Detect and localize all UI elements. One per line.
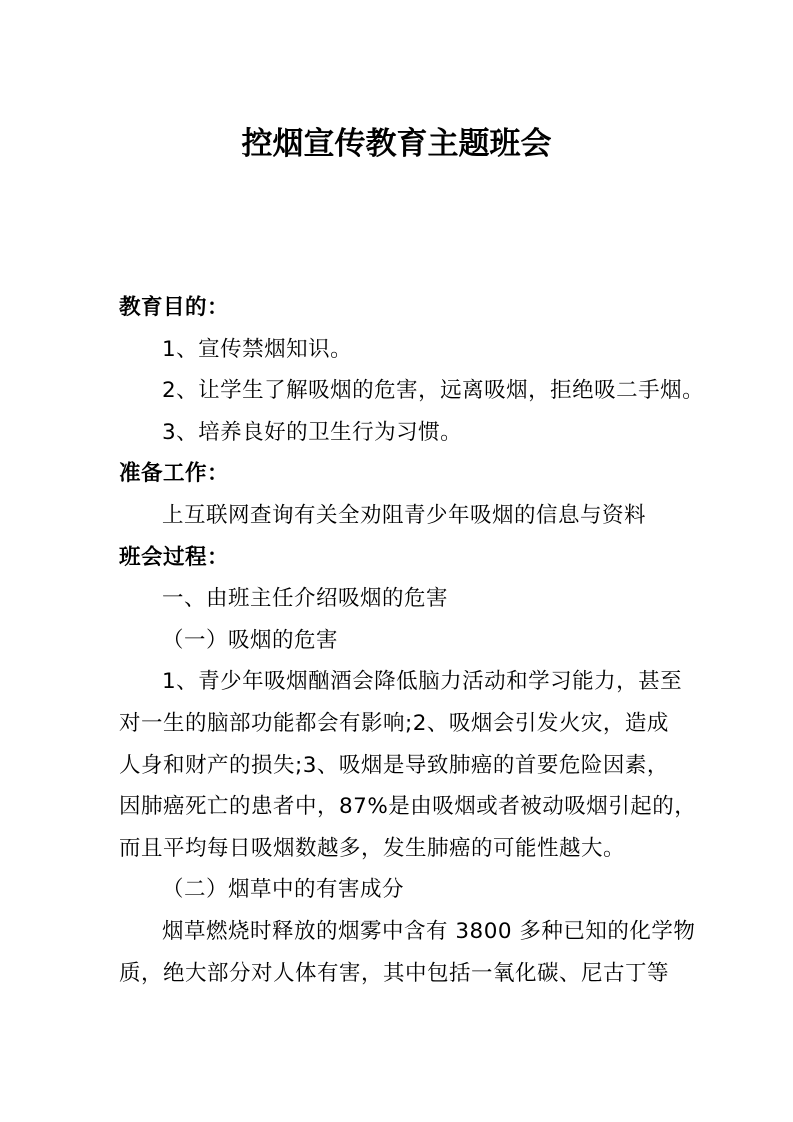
document-title: 控烟宣传教育主题班会 — [0, 124, 793, 164]
text-line: 教育目的： — [119, 287, 697, 329]
text-line: 一、由班主任介绍吸烟的危害 — [119, 578, 697, 620]
text-line: 准备工作： — [119, 453, 697, 495]
document-body: 教育目的：1、宣传禁烟知识。2、让学生了解吸烟的危害，远离吸烟，拒绝吸二手烟。3… — [119, 287, 697, 994]
text-line: 1、宣传禁烟知识。 — [119, 329, 697, 371]
text-line: 人身和财产的损失;3、吸烟是导致肺癌的首要危险因素， — [119, 745, 697, 787]
document-page: 控烟宣传教育主题班会 教育目的：1、宣传禁烟知识。2、让学生了解吸烟的危害，远离… — [0, 0, 793, 1122]
text-line: 质，绝大部分对人体有害，其中包括一氧化碳、尼古丁等 — [119, 953, 697, 995]
text-line: （二）烟草中的有害成分 — [119, 869, 697, 911]
text-line: 而且平均每日吸烟数越多，发生肺癌的可能性越大。 — [119, 828, 697, 870]
text-line: 1、青少年吸烟酗酒会降低脑力活动和学习能力，甚至 — [119, 661, 697, 703]
text-line: 烟草燃烧时释放的烟雾中含有 3800 多种已知的化学物 — [119, 911, 697, 953]
text-line: 上互联网查询有关全劝阻青少年吸烟的信息与资料 — [119, 495, 697, 537]
text-line: 3、培养良好的卫生行为习惯。 — [119, 412, 697, 454]
text-line: 2、让学生了解吸烟的危害，远离吸烟，拒绝吸二手烟。 — [119, 370, 697, 412]
text-line: 对一生的脑部功能都会有影响;2、吸烟会引发火灾，造成 — [119, 703, 697, 745]
text-line: 因肺癌死亡的患者中，87%是由吸烟或者被动吸烟引起的， — [119, 786, 697, 828]
text-line: 班会过程： — [119, 537, 697, 579]
text-line: （一）吸烟的危害 — [119, 620, 697, 662]
